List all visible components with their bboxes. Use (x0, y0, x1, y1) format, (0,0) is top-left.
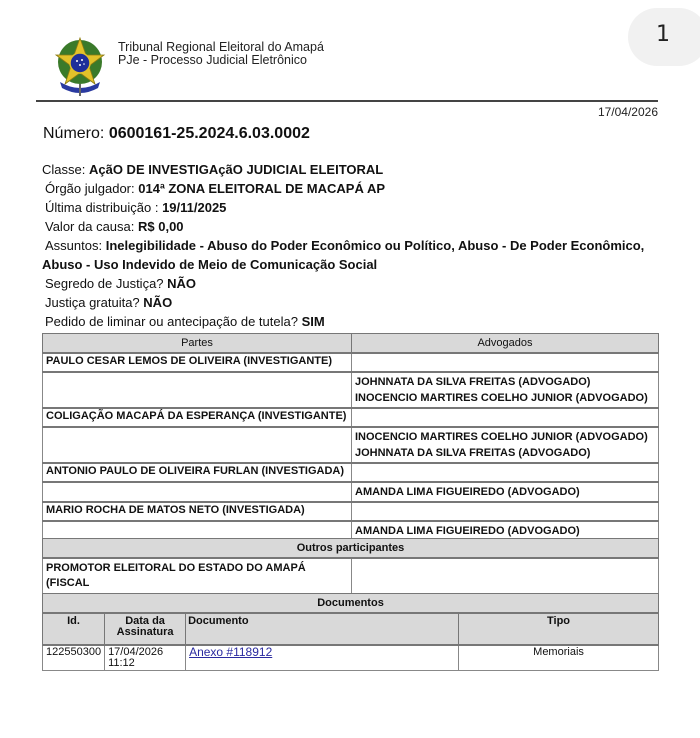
parte-cell: COLIGAÇÃO MACAPÁ DA ESPERANÇA (INVESTIGA… (43, 408, 352, 427)
detail-valor: Valor da causa: R$ 0,00 (42, 217, 662, 236)
participante-line1: PROMOTOR ELEITORAL DO ESTADO DO AMAPÁ (F… (46, 561, 348, 591)
detail-segredo: Segredo de Justiça? NÃO (42, 274, 662, 293)
id-column-header: Id. (43, 613, 105, 645)
header-divider (36, 100, 658, 102)
document-header: Tribunal Regional Eleitoral do Amapá PJe… (36, 34, 658, 102)
parte-cell (43, 482, 352, 502)
documento-column-header: Documento (186, 613, 459, 645)
detail-liminar: Pedido de liminar ou antecipação de tute… (42, 312, 662, 331)
classe-label: Classe: (42, 162, 85, 177)
parte-cell (43, 372, 352, 408)
system-name: PJe - Processo Judicial Eletrônico (118, 54, 324, 67)
advogados-cell: AMANDA LIMA FIGUEIREDO (ADVOGADO) (352, 482, 659, 502)
table-row: AMANDA LIMA FIGUEIREDO (ADVOGADO) (43, 482, 659, 502)
partes-header: Partes (43, 334, 352, 354)
advogado-name: AMANDA LIMA FIGUEIREDO (ADVOGADO) (355, 523, 655, 539)
advogado-name: INOCENCIO MARTIRES COELHO JUNIOR (ADVOGA… (355, 390, 655, 406)
liminar-value: SIM (302, 314, 325, 329)
advogado-name: AMANDA LIMA FIGUEIREDO (ADVOGADO) (355, 484, 655, 500)
advogados-cell: INOCENCIO MARTIRES COELHO JUNIOR (ADVOGA… (352, 427, 659, 463)
outros-participantes-header: Outros participantes (43, 539, 659, 559)
assuntos-value-line1: Inelegibilidade - Abuso do Poder Econômi… (106, 238, 645, 253)
process-number-label: Número: (43, 125, 104, 142)
document-link[interactable]: Anexo #118912 (189, 645, 272, 659)
process-details: Classe: AçãO DE INVESTIGAçãO JUDICIAL EL… (42, 160, 662, 331)
segredo-value: NÃO (167, 276, 196, 291)
process-number: Número: 0600161-25.2024.6.03.0002 (43, 125, 310, 143)
detail-classe: Classe: AçãO DE INVESTIGAçãO JUDICIAL EL… (42, 160, 662, 179)
document-date: 17/04/2026 11:12 (105, 645, 186, 671)
advogado-name: JOHNNATA DA SILVA FREITAS (ADVOGADO) (355, 374, 655, 390)
document-type: Memoriais (459, 645, 659, 671)
parte-cell: MARIO ROCHA DE MATOS NETO (INVESTIGADA) (43, 502, 352, 521)
document-date-time: 11:12 (108, 658, 182, 669)
detail-gratuita: Justiça gratuita? NÃO (42, 293, 662, 312)
detail-assuntos-cont: Abuso - Uso Indevido de Meio de Comunica… (42, 255, 662, 274)
advogados-cell (352, 502, 659, 521)
parte-cell: PAULO CESAR LEMOS DE OLIVEIRA (INVESTIGA… (43, 353, 352, 372)
process-number-value: 0600161-25.2024.6.03.0002 (109, 125, 310, 142)
liminar-label: Pedido de liminar ou antecipação de tute… (45, 314, 298, 329)
advogado-name: INOCENCIO MARTIRES COELHO JUNIOR (ADVOGA… (355, 429, 655, 445)
advogado-name: JOHNNATA DA SILVA FREITAS (ADVOGADO) (355, 445, 655, 461)
data-column-header: Data da Assinatura (105, 613, 186, 645)
table-row: ANTONIO PAULO DE OLIVEIRA FURLAN (INVEST… (43, 463, 659, 482)
classe-value: AçãO DE INVESTIGAçãO JUDICIAL ELEITORAL (89, 162, 383, 177)
table-row: PAULO CESAR LEMOS DE OLIVEIRA (INVESTIGA… (43, 353, 659, 372)
advogados-header: Advogados (352, 334, 659, 354)
print-date: 17/04/2026 (598, 105, 658, 119)
distribuicao-label: Última distribuição : (45, 200, 158, 215)
segredo-label: Segredo de Justiça? (45, 276, 164, 291)
document-link-cell: Anexo #118912 (186, 645, 459, 671)
detail-orgao: Órgão julgador: 014ª ZONA ELEITORAL DE M… (42, 179, 662, 198)
advogados-cell: JOHNNATA DA SILVA FREITAS (ADVOGADO)INOC… (352, 372, 659, 408)
table-row: MARIO ROCHA DE MATOS NETO (INVESTIGADA) (43, 502, 659, 521)
assuntos-label: Assuntos: (45, 238, 102, 253)
partes-table: Partes Advogados PAULO CESAR LEMOS DE OL… (42, 333, 659, 541)
advogados-cell (352, 353, 659, 372)
distribuicao-value: 19/11/2025 (162, 200, 226, 215)
page-number: 1 (656, 22, 670, 47)
orgao-label: Órgão julgador: (45, 181, 135, 196)
brazil-coat-of-arms-icon (52, 36, 108, 98)
table-row: 122550300 17/04/2026 11:12 Anexo #118912… (43, 645, 659, 671)
document-id: 122550300 (43, 645, 105, 671)
table-row: INOCENCIO MARTIRES COELHO JUNIOR (ADVOGA… (43, 427, 659, 463)
parte-cell: ANTONIO PAULO DE OLIVEIRA FURLAN (INVEST… (43, 463, 352, 482)
orgao-value: 014ª ZONA ELEITORAL DE MACAPÁ AP (138, 181, 385, 196)
valor-value: R$ 0,00 (138, 219, 184, 234)
organization-name: Tribunal Regional Eleitoral do Amapá PJe… (118, 41, 324, 67)
table-row: COLIGAÇÃO MACAPÁ DA ESPERANÇA (INVESTIGA… (43, 408, 659, 427)
detail-distribuicao: Última distribuição : 19/11/2025 (42, 198, 662, 217)
table-row: JOHNNATA DA SILVA FREITAS (ADVOGADO)INOC… (43, 372, 659, 408)
advogados-cell (352, 463, 659, 482)
documentos-header: Documentos (43, 594, 659, 614)
gratuita-label: Justiça gratuita? (45, 295, 140, 310)
advogados-cell (352, 408, 659, 427)
parte-cell (43, 427, 352, 463)
detail-assuntos: Assuntos: Inelegibilidade - Abuso do Pod… (42, 236, 662, 255)
assuntos-value-line2: Abuso - Uso Indevido de Meio de Comunica… (42, 257, 377, 272)
gratuita-value: NÃO (143, 295, 172, 310)
valor-label: Valor da causa: (45, 219, 134, 234)
tipo-column-header: Tipo (459, 613, 659, 645)
documentos-table: Documentos Id. Data da Assinatura Docume… (42, 593, 659, 671)
data-header-line2: Assinatura (107, 627, 183, 638)
